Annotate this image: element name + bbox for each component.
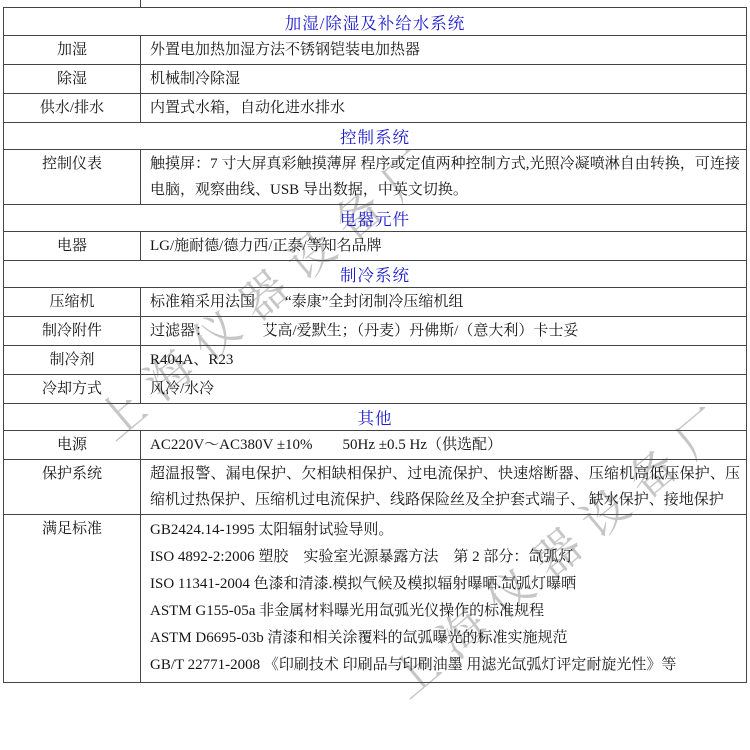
row-value: AC220V～AC380V ±10% 50Hz ±0.5 Hz（供选配） [141, 431, 746, 459]
section-title: 制冷系统 [340, 262, 410, 286]
row-value: 触摸屏：7 寸大屏真彩触摸薄屏 程序或定值两种控制方式,光照冷凝喷淋自由转换，可… [141, 150, 746, 204]
spec-row: 保护系统超温报警、漏电保护、欠相缺相保护、过电流保护、快速熔断器、压缩机高低压保… [4, 459, 746, 514]
section-header-row: 控制系统 [4, 122, 746, 149]
section-title: 其他 [358, 405, 393, 429]
row-label: 除湿 [4, 65, 141, 93]
row-label: 供水/排水 [4, 94, 141, 122]
row-value: GB2424.14-1995 太阳辐射试验导则。ISO 4892-2:2006 … [141, 515, 746, 682]
standard-line: ASTM G155-05a 非金属材料曝光用氙弧光仪操作的标准规程 [150, 598, 740, 625]
column-divider-stub [140, 0, 141, 7]
row-label: 制冷附件 [4, 317, 141, 345]
row-value: 标准箱采用法国 “泰康”全封闭制冷压缩机组 [141, 288, 746, 316]
standard-line: ISO 4892-2:2006 塑胶 实验室光源暴露方法 第 2 部分：氙弧灯 [150, 544, 740, 571]
row-value: 风冷/水冷 [141, 375, 746, 403]
spec-row: 制冷剂R404A、R23 [4, 345, 746, 374]
row-value: 机械制冷除湿 [141, 65, 746, 93]
spec-row: 电源AC220V～AC380V ±10% 50Hz ±0.5 Hz（供选配） [4, 430, 746, 459]
row-label: 满足标准 [4, 515, 141, 682]
section-title: 控制系统 [340, 124, 410, 148]
row-value: 过滤器： 艾高/爱默生；（丹麦）丹佛斯/（意大利）卡士妥 [141, 317, 746, 345]
row-value: 内置式水箱，自动化进水排水 [141, 94, 746, 122]
standard-line: GB2424.14-1995 太阳辐射试验导则。 [150, 517, 740, 544]
document-page: 上海仪器设备厂 上海仪器设备厂 加湿/除湿及补给水系统加湿外置电加热加湿方法不锈… [0, 0, 750, 750]
spec-row: 控制仪表触摸屏：7 寸大屏真彩触摸薄屏 程序或定值两种控制方式,光照冷凝喷淋自由… [4, 149, 746, 204]
standard-line: GB/T 22771-2008 《印刷技术 印刷品与印刷油墨 用滤光氙弧灯评定耐… [150, 652, 740, 679]
row-label: 电源 [4, 431, 141, 459]
row-value: LG/施耐德/德力西/正泰/等知名品牌 [141, 232, 746, 260]
row-label: 压缩机 [4, 288, 141, 316]
spec-row: 电器LG/施耐德/德力西/正泰/等知名品牌 [4, 231, 746, 260]
row-value: R404A、R23 [141, 346, 746, 374]
standard-line: ISO 11341-2004 色漆和清漆.模拟气候及模拟辐射曝晒.氙弧灯曝晒 [150, 571, 740, 598]
row-label: 加湿 [4, 36, 141, 64]
section-header-row: 电器元件 [4, 204, 746, 231]
spec-row: 冷却方式风冷/水冷 [4, 374, 746, 403]
row-value: 超温报警、漏电保护、欠相缺相保护、过电流保护、快速熔断器、压缩机高低压保护、压缩… [141, 460, 746, 514]
spec-row: 压缩机标准箱采用法国 “泰康”全封闭制冷压缩机组 [4, 287, 746, 316]
row-label: 控制仪表 [4, 150, 141, 204]
section-title: 电器元件 [340, 206, 410, 230]
row-label: 冷却方式 [4, 375, 141, 403]
section-header-row: 制冷系统 [4, 260, 746, 287]
spec-row: 制冷附件过滤器： 艾高/爱默生；（丹麦）丹佛斯/（意大利）卡士妥 [4, 316, 746, 345]
section-header-row: 加湿/除湿及补给水系统 [4, 8, 746, 35]
row-label: 保护系统 [4, 460, 141, 514]
standard-line: ASTM D6695-03b 清漆和相关涂覆料的氙弧曝光的标准实施规范 [150, 625, 740, 652]
section-title: 加湿/除湿及补给水系统 [285, 10, 466, 34]
row-label: 制冷剂 [4, 346, 141, 374]
row-value: 外置电加热加湿方法不锈钢铠装电加热器 [141, 36, 746, 64]
spec-table: 加湿/除湿及补给水系统加湿外置电加热加湿方法不锈钢铠装电加热器除湿机械制冷除湿供… [3, 7, 747, 683]
spec-row: 除湿机械制冷除湿 [4, 64, 746, 93]
row-label: 电器 [4, 232, 141, 260]
spec-row: 加湿外置电加热加湿方法不锈钢铠装电加热器 [4, 35, 746, 64]
spec-row: 供水/排水内置式水箱，自动化进水排水 [4, 93, 746, 122]
spec-row: 满足标准GB2424.14-1995 太阳辐射试验导则。ISO 4892-2:2… [4, 514, 746, 682]
section-header-row: 其他 [4, 403, 746, 430]
